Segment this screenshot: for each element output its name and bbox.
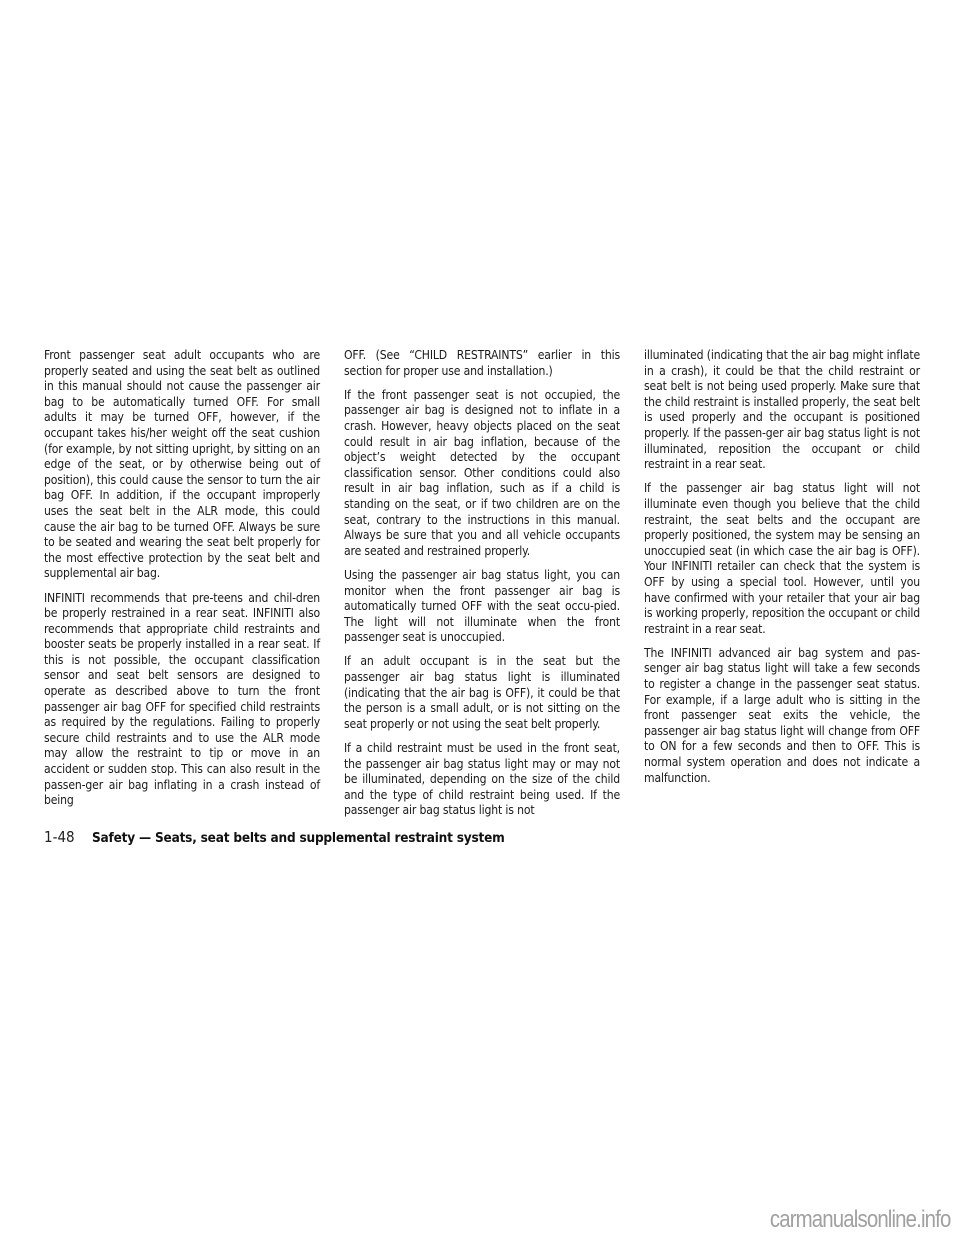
paragraph: Front passenger seat adult occupants who… [44,348,320,582]
column-right: illuminated (indicating that the air bag… [644,348,920,828]
text-columns: Front passenger seat adult occupants who… [44,348,920,828]
paragraph: Using the passenger air bag status light… [344,568,620,646]
paragraph: If the front passenger seat is not occup… [344,388,620,560]
paragraph: If a child restraint must be used in the… [344,741,620,819]
paragraph: OFF. (See “CHILD RESTRAINTS” earlier in … [344,348,620,379]
paragraph: INFINITI recommends that pre-teens and c… [44,591,320,809]
paragraph: If the passenger air bag status light wi… [644,481,920,637]
page-footer: 1-48 Safety — Seats, seat belts and supp… [44,828,505,846]
column-left: Front passenger seat adult occupants who… [44,348,320,828]
manual-page: Front passenger seat adult occupants who… [0,0,960,1242]
paragraph: illuminated (indicating that the air bag… [644,348,920,473]
paragraph: If an adult occupant is in the seat but … [344,654,620,732]
column-middle: OFF. (See “CHILD RESTRAINTS” earlier in … [344,348,620,828]
paragraph: The INFINITI advanced air bag system and… [644,646,920,786]
section-title: Safety — Seats, seat belts and supplemen… [92,830,505,846]
watermark: carmanualsonline.info [769,1206,950,1234]
page-number: 1-48 [44,828,92,846]
